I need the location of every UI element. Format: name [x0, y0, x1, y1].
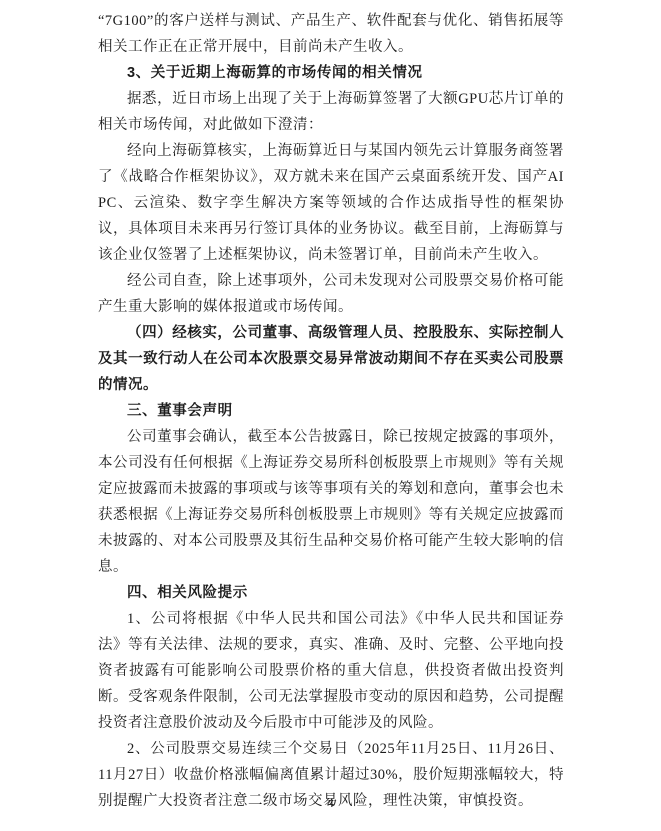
section-heading-board-statement: 三、董事会声明 [98, 398, 564, 424]
paragraph: 1、公司将根据《中华人民共和国公司法》《中华人民共和国证券法》等有关法律、法规的… [98, 606, 564, 736]
paragraph: 公司董事会确认，截至本公告披露日，除已按规定披露的事项外，本公司没有任何根据《上… [98, 424, 564, 580]
page-number: 4 [0, 795, 661, 811]
paragraph: 经向上海砺算核实，上海砺算近日与某国内领先云计算服务商签署了《战略合作框架协议》… [98, 138, 564, 268]
paragraph: 据悉，近日市场上出现了关于上海砺算签署了大额GPU芯片订单的相关市场传闻，对此做… [98, 86, 564, 138]
paragraph-continuation: “7G100”的客户送样与测试、产品生产、软件配套与优化、销售拓展等相关工作正在… [98, 8, 564, 60]
section-heading-risk-notice: 四、相关风险提示 [98, 580, 564, 606]
document-body: “7G100”的客户送样与测试、产品生产、软件配套与优化、销售拓展等相关工作正在… [98, 8, 564, 814]
section-heading-3: 3、关于近期上海砺算的市场传闻的相关情况 [98, 60, 564, 86]
bold-statement-paragraph: （四）经核实，公司董事、高级管理人员、控股股东、实际控制人及其一致行动人在公司本… [98, 320, 564, 398]
paragraph: 经公司自查，除上述事项外，公司未发现对公司股票交易价格可能产生重大影响的媒体报道… [98, 268, 564, 320]
document-page: “7G100”的客户送样与测试、产品生产、软件配套与优化、销售拓展等相关工作正在… [0, 0, 661, 831]
